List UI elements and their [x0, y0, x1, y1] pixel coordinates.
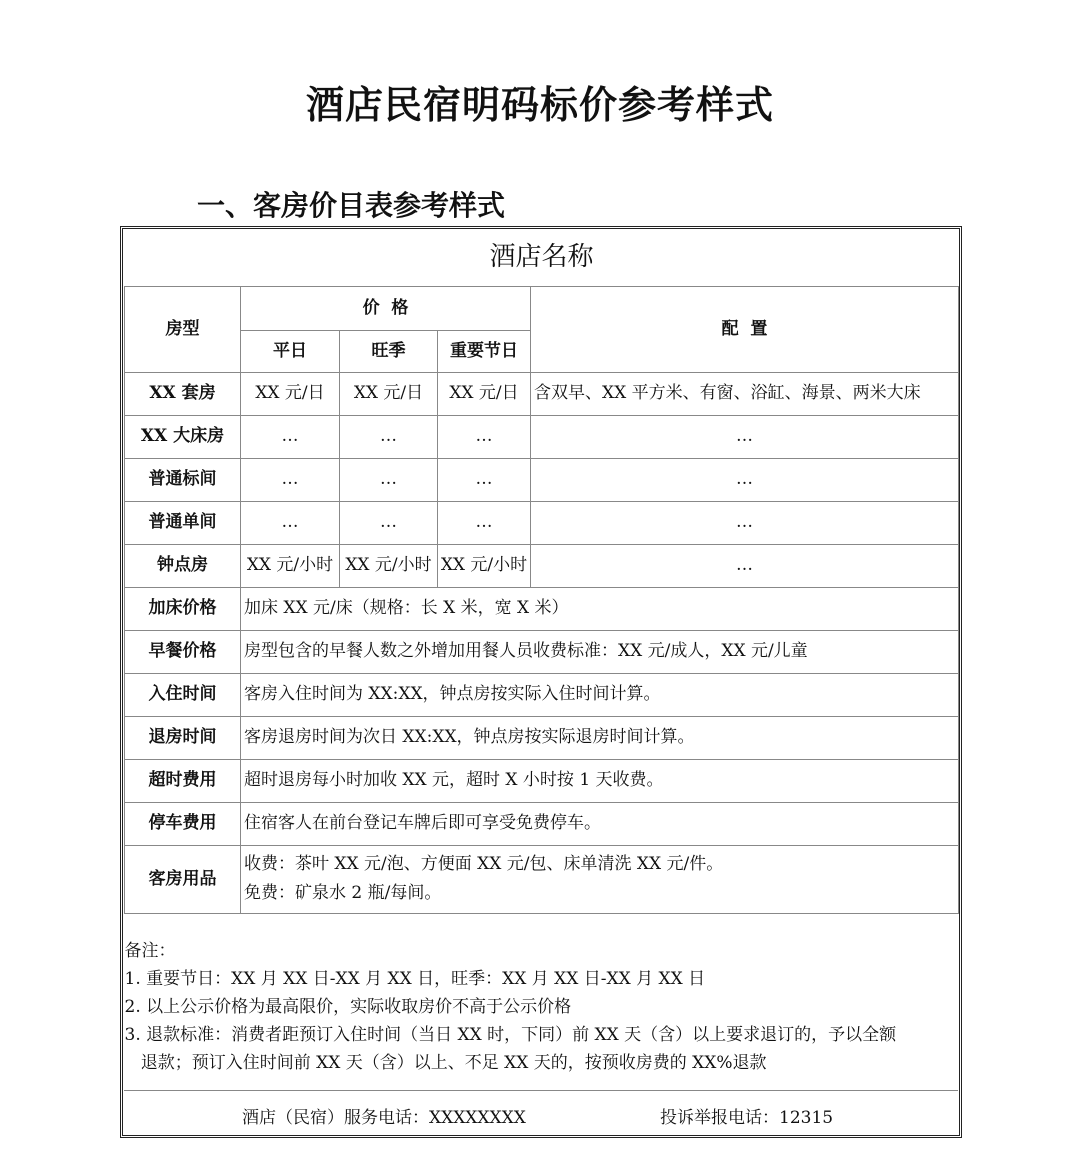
- room-config: 含双早、XX 平方米、有窗、浴缸、海景、两米大床: [531, 372, 959, 415]
- price-weekday: …: [241, 501, 340, 544]
- info-row: 超时费用 超时退房每小时加收 XX 元，超时 X 小时按 1 天收费。: [125, 759, 959, 802]
- supplies-paid: 收费：茶叶 XX 元/泡、方便面 XX 元/包、床单清洗 XX 元/件。: [244, 850, 958, 879]
- header-config: 配 置: [531, 286, 959, 372]
- info-value: 超时退房每小时加收 XX 元，超时 X 小时按 1 天收费。: [241, 759, 959, 802]
- room-name: XX 大床房: [125, 415, 241, 458]
- info-label: 超时费用: [125, 759, 241, 802]
- price-table: 酒店名称 房型 价 格 配 置 平日 旺季 重要节日 XX 套房 XX 元/日 …: [124, 230, 958, 1089]
- price-peak: …: [340, 415, 438, 458]
- room-row: 钟点房 XX 元/小时 XX 元/小时 XX 元/小时 …: [125, 544, 959, 587]
- supplies-free: 免费：矿泉水 2 瓶/每间。: [244, 879, 958, 908]
- header-price: 价 格: [241, 286, 531, 330]
- info-label: 停车费用: [125, 802, 241, 845]
- price-peak: …: [340, 501, 438, 544]
- info-row: 加床价格 加床 XX 元/床（规格：长 X 米，宽 X 米）: [125, 587, 959, 630]
- room-config: …: [531, 415, 959, 458]
- supplies-label: 客房用品: [125, 845, 241, 913]
- note-item: 退款；预订入住时间前 XX 天（含）以上、不足 XX 天的，按预收房费的 XX%…: [125, 1049, 959, 1077]
- info-label: 退房时间: [125, 716, 241, 759]
- info-row: 入住时间 客房入住时间为 XX:XX，钟点房按实际入住时间计算。: [125, 673, 959, 716]
- section-title: 一、客房价目表参考样式: [197, 184, 505, 224]
- table-footer: 酒店（民宿）服务电话：XXXXXXXX 投诉举报电话：12315: [124, 1090, 958, 1135]
- room-config: …: [531, 458, 959, 501]
- document-title: 酒店民宿明码标价参考样式: [0, 74, 1080, 129]
- info-value: 房型包含的早餐人数之外增加用餐人员收费标准：XX 元/成人，XX 元/儿童: [241, 630, 959, 673]
- note-item: 2. 以上公示价格为最高限价，实际收取房价不高于公示价格: [125, 993, 959, 1021]
- price-holiday: XX 元/日: [438, 372, 531, 415]
- header-holiday: 重要节日: [438, 330, 531, 372]
- info-label: 入住时间: [125, 673, 241, 716]
- info-row: 早餐价格 房型包含的早餐人数之外增加用餐人员收费标准：XX 元/成人，XX 元/…: [125, 630, 959, 673]
- header-room-type: 房型: [125, 286, 241, 372]
- room-config: …: [531, 544, 959, 587]
- price-peak: …: [340, 458, 438, 501]
- room-name: 钟点房: [125, 544, 241, 587]
- room-config: …: [531, 501, 959, 544]
- price-weekday: XX 元/小时: [241, 544, 340, 587]
- info-value: 住宿客人在前台登记车牌后即可享受免费停车。: [241, 802, 959, 845]
- info-label: 加床价格: [125, 587, 241, 630]
- room-name: 普通标间: [125, 458, 241, 501]
- supplies-value: 收费：茶叶 XX 元/泡、方便面 XX 元/包、床单清洗 XX 元/件。 免费：…: [241, 845, 959, 913]
- price-peak: XX 元/小时: [340, 544, 438, 587]
- info-value: 客房退房时间为次日 XX:XX，钟点房按实际退房时间计算。: [241, 716, 959, 759]
- room-row: 普通标间 … … … …: [125, 458, 959, 501]
- note-item: 3. 退款标准：消费者距预订入住时间（当日 XX 时，下同）前 XX 天（含）以…: [125, 1021, 959, 1049]
- header-peak: 旺季: [340, 330, 438, 372]
- hotel-name: 酒店名称: [125, 230, 959, 286]
- room-name: XX 套房: [125, 372, 241, 415]
- price-holiday: …: [438, 458, 531, 501]
- header-weekday: 平日: [241, 330, 340, 372]
- room-name: 普通单间: [125, 501, 241, 544]
- price-weekday: XX 元/日: [241, 372, 340, 415]
- notes-heading: 备注：: [125, 937, 959, 965]
- note-item: 1. 重要节日：XX 月 XX 日-XX 月 XX 日，旺季：XX 月 XX 日…: [125, 965, 959, 993]
- info-row: 退房时间 客房退房时间为次日 XX:XX，钟点房按实际退房时间计算。: [125, 716, 959, 759]
- price-weekday: …: [241, 458, 340, 501]
- price-peak: XX 元/日: [340, 372, 438, 415]
- room-row: XX 大床房 … … … …: [125, 415, 959, 458]
- info-label: 早餐价格: [125, 630, 241, 673]
- supplies-row: 客房用品 收费：茶叶 XX 元/泡、方便面 XX 元/包、床单清洗 XX 元/件…: [125, 845, 959, 913]
- info-row: 停车费用 住宿客人在前台登记车牌后即可享受免费停车。: [125, 802, 959, 845]
- service-phone: 酒店（民宿）服务电话：XXXXXXXX: [242, 1103, 526, 1128]
- room-row: 普通单间 … … … …: [125, 501, 959, 544]
- price-holiday: …: [438, 415, 531, 458]
- price-weekday: …: [241, 415, 340, 458]
- price-holiday: XX 元/小时: [438, 544, 531, 587]
- info-value: 客房入住时间为 XX:XX，钟点房按实际入住时间计算。: [241, 673, 959, 716]
- price-holiday: …: [438, 501, 531, 544]
- room-row: XX 套房 XX 元/日 XX 元/日 XX 元/日 含双早、XX 平方米、有窗…: [125, 372, 959, 415]
- complaint-phone: 投诉举报电话：12315: [660, 1103, 833, 1128]
- notes: 备注： 1. 重要节日：XX 月 XX 日-XX 月 XX 日，旺季：XX 月 …: [125, 913, 959, 1089]
- info-value: 加床 XX 元/床（规格：长 X 米，宽 X 米）: [241, 587, 959, 630]
